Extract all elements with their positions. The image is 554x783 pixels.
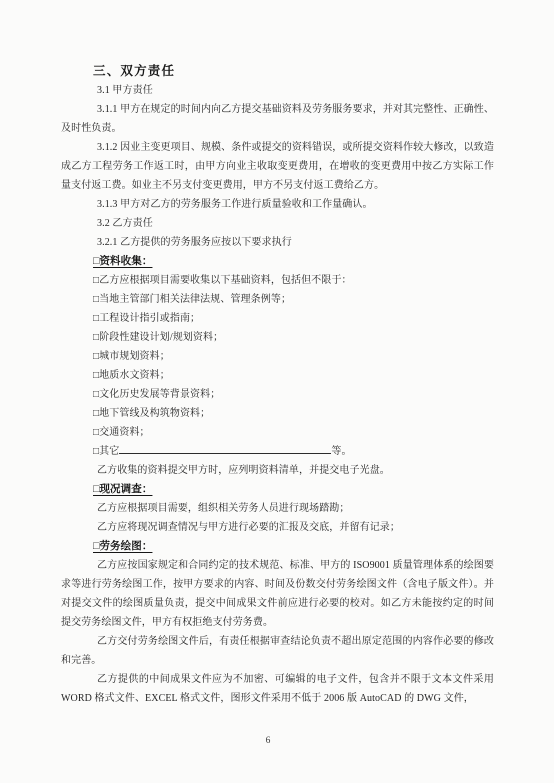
document-page: 三、双方责任 3.1 甲方责任 3.1.1 甲方在规定的时间内向乙方提交基础资料… — [0, 0, 554, 783]
checkbox-item-regulations: □当地主管部门相关法律法规、管理条例等； — [93, 290, 494, 309]
paragraph-data-submission: 乙方收集的资料提交甲方时，应列明资料清单，并提交电子光盘。 — [61, 461, 494, 480]
checkbox-item-design-guide: □工程设计指引或指南； — [93, 309, 494, 328]
fill-in-blank-line — [119, 450, 331, 454]
checkbox-item-culture-history: □文化历史发展等背景资料； — [93, 385, 494, 404]
paragraph-site-survey-2: 乙方应将现况调查情况与甲方进行必要的汇报及交底，并留有记录； — [61, 518, 494, 537]
checkbox-item-urban-planning: □城市规划资料； — [93, 347, 494, 366]
checkbox-item-other: □其它等。 — [93, 442, 494, 461]
paragraph-site-survey-1: 乙方应根据项目需要，组织相关劳务人员进行现场踏勘； — [61, 499, 494, 518]
page-number: 6 — [0, 736, 536, 746]
drawing-service-header: □劳务绘图： — [93, 537, 494, 556]
site-survey-header: □现况调查： — [93, 480, 494, 499]
clause-3-2-1: 3.2.1 乙方提供的劳务服务应按以下要求执行 — [61, 233, 494, 252]
clause-3-1-3: 3.1.3 甲方对乙方的劳务服务工作进行质量验收和工作量确认。 — [61, 195, 494, 214]
paragraph-revision-duty: 乙方交付劳务绘图文件后，有责任根据审查结论负责不超出原定范围的内容作必要的修改和… — [61, 632, 494, 670]
clause-3-2-heading: 3.2 乙方责任 — [61, 214, 494, 233]
checkbox-item-geology-hydrology: □地质水文资料； — [93, 366, 494, 385]
clause-3-1-heading: 3.1 甲方责任 — [61, 81, 494, 100]
checkbox-item-basic-data: □乙方应根据项目需要收集以下基础资料，包括但不限于： — [93, 271, 494, 290]
other-item-suffix: 等。 — [331, 446, 351, 457]
clause-3-1-2: 3.1.2 因业主变更项目、规模、条件或提交的资料错误，或所提交资料作较大修改，… — [61, 138, 494, 195]
checkbox-item-phase-plan: □阶段性建设计划/规划资料； — [93, 328, 494, 347]
contract-body: 三、双方责任 3.1 甲方责任 3.1.1 甲方在规定的时间内向乙方提交基础资料… — [61, 62, 494, 708]
checkbox-item-underground-pipelines: □地下管线及构筑物资料； — [93, 404, 494, 423]
data-collection-header: □资料收集： — [93, 252, 494, 271]
other-item-prefix: □其它 — [93, 446, 119, 457]
section-heading: 三、双方责任 — [61, 62, 494, 81]
clause-3-1-1: 3.1.1 甲方在规定的时间内向乙方提交基础资料及劳务服务要求，并对其完整性、正… — [61, 100, 494, 138]
paragraph-drawing-requirements: 乙方应按国家规定和合同约定的技术规范、标准、甲方的 ISO9001 质量管理体系… — [61, 556, 494, 632]
checkbox-item-traffic: □交通资料； — [93, 423, 494, 442]
paragraph-file-formats: 乙方提供的中间成果文件应为不加密、可编辑的电子文件，包含并不限于文本文件采用 W… — [61, 670, 494, 708]
